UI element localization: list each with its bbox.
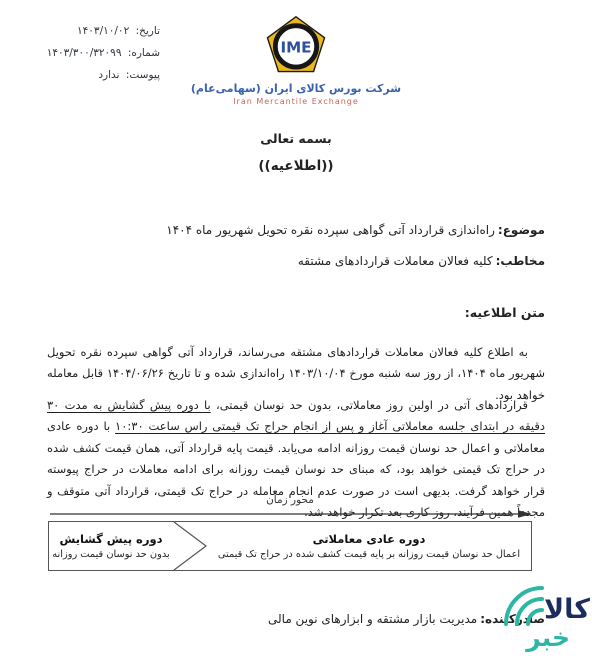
body-heading: متن اطلاعیه: [465,305,545,320]
announcement-document: تاریخ: ۱۴۰۳/۱۰/۰۲ شماره: ۱۴۰۳/۳۰۰/۳۲۰۹۹ … [0,0,592,658]
paragraph2-pre: قراردادهای آتی در اولین روز معاملاتی، بد… [211,398,528,412]
pre-opening-subtitle: بدون حد نوسان قیمت روزانه [52,549,169,560]
date-value: ۱۴۰۳/۱۰/۰۲ [77,25,129,37]
notice-title: ((اطلاعیه)) [0,158,592,174]
normal-trading-subtitle: اعمال حد نوسان قیمت روزانه بر پایه قیمت … [218,549,520,560]
normal-trading-section: دوره عادی معاملاتی اعمال حد نوسان قیمت ر… [207,522,531,570]
ime-logo: IME شرکت بورس کالای ایران (سهامی‌عام) Ir… [186,14,406,106]
pre-opening-title: دوره پیش گشایش [59,532,162,546]
broadcast-arcs-icon [500,582,550,626]
attachment-value: ندارد [98,69,119,81]
number-value: ۱۴۰۳/۳۰۰/۳۲۰۹۹ [47,47,122,59]
org-name-en: Iran Mercantile Exchange [186,97,406,106]
audience-text: کلیه فعالان معاملات قراردادهای مشتقه [298,254,493,268]
time-axis-arrow [48,509,532,519]
watermark-word-top: کالا [544,596,590,623]
kalakhabar-watermark-logo: کالا خبر [496,582,592,658]
subject-label: موضوع: [498,223,545,237]
audience-label: مخاطب: [496,254,545,268]
trading-periods-box: دوره پیش گشایش بدون حد نوسان قیمت روزانه… [48,521,532,571]
letter-meta-block: تاریخ: ۱۴۰۳/۱۰/۰۲ شماره: ۱۴۰۳/۳۰۰/۳۲۰۹۹ … [22,20,160,86]
svg-text:IME: IME [280,39,311,57]
audience-line: مخاطب:کلیه فعالان معاملات قراردادهای مشت… [47,254,545,268]
org-name-fa: شرکت بورس کالای ایران (سهامی‌عام) [186,82,406,95]
watermark-word-bottom: خبر [526,625,570,650]
subject-text: راه‌اندازی قرارداد آتی گواهی سپرده نقره … [166,223,495,237]
section-divider-chevron-icon [173,522,209,570]
attachment-label: پیوست: [126,69,160,81]
subject-line: موضوع:راه‌اندازی قرارداد آتی گواهی سپرده… [47,223,545,237]
normal-trading-title: دوره عادی معاملاتی [313,532,426,546]
basmala-title: بسمه تعالی [0,131,592,146]
ime-logo-icon: IME [265,14,327,76]
letter-date-row: تاریخ: ۱۴۰۳/۱۰/۰۲ [22,20,160,42]
letter-number-row: شماره: ۱۴۰۳/۳۰۰/۳۲۰۹۹ [22,42,160,64]
time-axis-label: محور زمان [48,494,532,506]
pre-opening-section: دوره پیش گشایش بدون حد نوسان قیمت روزانه [49,522,173,570]
number-label: شماره: [128,47,160,59]
letter-attachment-row: پیوست: ندارد [22,64,160,86]
issuer-line: صادرکننده:مدیریت بازار مشتقه و ابزارهای … [47,612,545,626]
timeline-diagram: محور زمان دوره پیش گشایش بدون حد نوسان ق… [48,494,532,571]
date-label: تاریخ: [136,25,160,37]
issuer-value: مدیریت بازار مشتقه و ابزارهای نوین مالی [268,612,477,626]
